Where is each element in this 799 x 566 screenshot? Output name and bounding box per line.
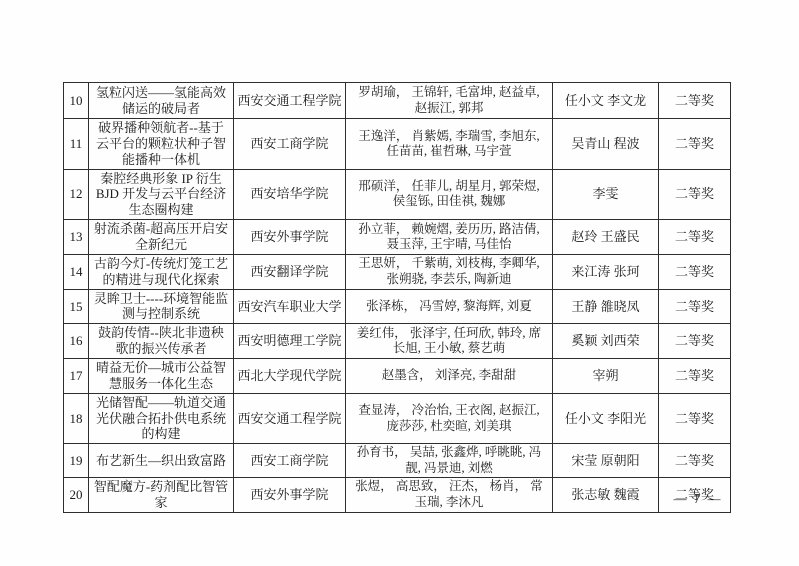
row-number-cell: 16: [64, 324, 89, 359]
advisors-cell: 赵玲 王盛民: [553, 220, 659, 255]
project-name-cell: 鼓韵传情--陕北非遗秧歌的振兴传承者: [89, 324, 234, 359]
college-cell: 西安工商学院: [234, 119, 346, 170]
members-cell: 罗胡瑜， 王锦轩, 毛富坤, 赵益卓, 赵振江, 郭邦: [346, 83, 553, 119]
project-name-cell: 灵眸卫士----环境智能监测与控制系统: [89, 289, 234, 324]
table-row: 12 秦腔经典形象 IP 衍生 BJD 开发与云平台经济生态圈构建 西安培华学院…: [64, 169, 731, 220]
advisors-cell: 张志敏 魏霞: [553, 477, 659, 512]
table-row: 15 灵眸卫士----环境智能监测与控制系统 西安汽车职业大学 张泽栋， 冯雪婷…: [64, 289, 731, 324]
project-name-cell: 光储智配——轨道交通光伏融合拓扑供电系统的构建: [89, 393, 234, 444]
award-level-cell: 二等奖: [659, 359, 731, 394]
college-cell: 西安汽车职业大学: [234, 289, 346, 324]
college-cell: 西安工商学院: [234, 444, 346, 478]
project-name-cell: 破界播种领航者--基于云平台的颗粒状种子智能播种一体机: [89, 119, 234, 170]
award-level-cell: 二等奖: [659, 444, 731, 478]
advisors-cell: 吴青山 程波: [553, 119, 659, 170]
members-cell: 邢硕洋， 任菲儿, 胡星月, 郭荣煜, 侯玺铄, 田佳祺, 魏娜: [346, 169, 553, 220]
advisors-cell: 李雯: [553, 169, 659, 220]
award-level-cell: 二等奖: [659, 289, 731, 324]
award-level-cell: 二等奖: [659, 119, 731, 170]
advisors-cell: 任小文 李文龙: [553, 83, 659, 119]
row-number-cell: 17: [64, 359, 89, 394]
project-name-cell: 秦腔经典形象 IP 衍生 BJD 开发与云平台经济生态圈构建: [89, 169, 234, 220]
advisors-cell: 奚颖 刘西荣: [553, 324, 659, 359]
college-cell: 西安翻译学院: [234, 254, 346, 289]
college-cell: 西安外事学院: [234, 220, 346, 255]
project-name-cell: 射流杀菌-超高压开启安全新纪元: [89, 220, 234, 255]
page-number: — 7 —: [648, 491, 748, 507]
row-number-cell: 15: [64, 289, 89, 324]
college-cell: 西安交通工程学院: [234, 83, 346, 119]
members-cell: 王逸洋， 肖紫嫣, 李瑞雪, 李旭东, 任苗苗, 崔哲琳, 马宇萱: [346, 119, 553, 170]
award-level-cell: 二等奖: [659, 220, 731, 255]
table-row: 16 鼓韵传情--陕北非遗秧歌的振兴传承者 西安明德理工学院 姜红伟， 张泽宇,…: [64, 324, 731, 359]
award-level-cell: 二等奖: [659, 393, 731, 444]
table-row: 14 古韵今灯-传统灯笼工艺的精进与现代化探索 西安翻译学院 王思妍， 千紫萌,…: [64, 254, 731, 289]
row-number-cell: 18: [64, 393, 89, 444]
row-number-cell: 13: [64, 220, 89, 255]
table-row: 18 光储智配——轨道交通光伏融合拓扑供电系统的构建 西安交通工程学院 查显涛，…: [64, 393, 731, 444]
project-name-cell: 智配魔方-药剂配比智管家: [89, 477, 234, 512]
members-cell: 查显涛， 冷治怡, 王衣阁, 赵振江, 庞莎莎, 杜奕暄, 刘美琪: [346, 393, 553, 444]
college-cell: 西安外事学院: [234, 477, 346, 512]
table-row: 17 晴益无价—城市公益智慧服务一体化生态 西北大学现代学院 赵墨含， 刘泽亮,…: [64, 359, 731, 394]
row-number-cell: 19: [64, 444, 89, 478]
college-cell: 西安明德理工学院: [234, 324, 346, 359]
row-number-cell: 14: [64, 254, 89, 289]
college-cell: 西北大学现代学院: [234, 359, 346, 394]
table-row: 10 氢粒闪送——氢能高效储运的破局者 西安交通工程学院 罗胡瑜， 王锦轩, 毛…: [64, 83, 731, 119]
row-number-cell: 20: [64, 477, 89, 512]
advisors-cell: 来江涛 张珂: [553, 254, 659, 289]
document-page: 10 氢粒闪送——氢能高效储运的破局者 西安交通工程学院 罗胡瑜， 王锦轩, 毛…: [0, 0, 799, 566]
members-cell: 张泽栋， 冯雪婷, 黎海辉, 刘夏: [346, 289, 553, 324]
award-level-cell: 二等奖: [659, 169, 731, 220]
college-cell: 西安培华学院: [234, 169, 346, 220]
project-name-cell: 晴益无价—城市公益智慧服务一体化生态: [89, 359, 234, 394]
members-cell: 赵墨含， 刘泽亮, 李甜甜: [346, 359, 553, 394]
award-table: 10 氢粒闪送——氢能高效储运的破局者 西安交通工程学院 罗胡瑜， 王锦轩, 毛…: [63, 82, 731, 513]
table-row: 11 破界播种领航者--基于云平台的颗粒状种子智能播种一体机 西安工商学院 王逸…: [64, 119, 731, 170]
members-cell: 王思妍， 千紫萌, 刘枝梅, 李卿华, 张朔骁, 李芸乐, 陶新迪: [346, 254, 553, 289]
award-level-cell: 二等奖: [659, 254, 731, 289]
award-level-cell: 二等奖: [659, 324, 731, 359]
project-name-cell: 古韵今灯-传统灯笼工艺的精进与现代化探索: [89, 254, 234, 289]
row-number-cell: 11: [64, 119, 89, 170]
table-row: 20 智配魔方-药剂配比智管家 西安外事学院 张煜， 高思致， 汪杰， 杨肖， …: [64, 477, 731, 512]
advisors-cell: 宰朔: [553, 359, 659, 394]
members-cell: 张煜， 高思致， 汪杰， 杨肖， 常玉瑞, 李沐凡: [346, 477, 553, 512]
award-level-cell: 二等奖: [659, 83, 731, 119]
row-number-cell: 12: [64, 169, 89, 220]
advisors-cell: 任小文 李阳光: [553, 393, 659, 444]
advisors-cell: 王静 雒晓凤: [553, 289, 659, 324]
members-cell: 孙立菲， 赖婉熠, 姜历历, 路洁倩, 聂玉萍, 王宇晴, 马佳怡: [346, 220, 553, 255]
college-cell: 西安交通工程学院: [234, 393, 346, 444]
members-cell: 孙育书， 吴喆, 张鑫烨, 呼眺眺, 冯靓, 冯景迪, 刘燃: [346, 444, 553, 478]
project-name-cell: 氢粒闪送——氢能高效储运的破局者: [89, 83, 234, 119]
table-row: 19 布艺新生—织出致富路 西安工商学院 孙育书， 吴喆, 张鑫烨, 呼眺眺, …: [64, 444, 731, 478]
row-number-cell: 10: [64, 83, 89, 119]
advisors-cell: 宋莹 原朝阳: [553, 444, 659, 478]
project-name-cell: 布艺新生—织出致富路: [89, 444, 234, 478]
table-row: 13 射流杀菌-超高压开启安全新纪元 西安外事学院 孙立菲， 赖婉熠, 姜历历,…: [64, 220, 731, 255]
members-cell: 姜红伟， 张泽宇, 任珂欣, 韩玲, 席长旭, 王小敏, 蔡艺萌: [346, 324, 553, 359]
